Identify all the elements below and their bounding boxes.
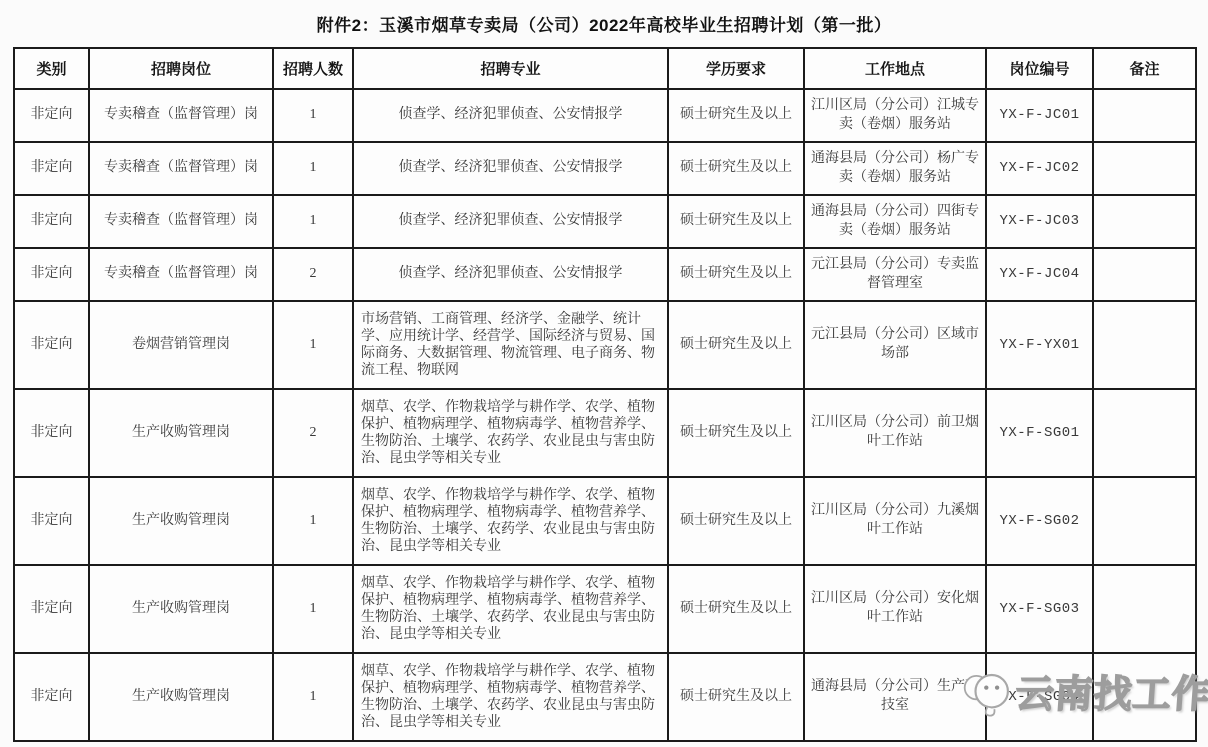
header-location: 工作地点: [804, 48, 986, 89]
table-row: 非定向专卖稽查（监督管理）岗1侦查学、经济犯罪侦查、公安情报学硕士研究生及以上通…: [14, 142, 1196, 195]
cell-majors: 烟草、农学、作物栽培学与耕作学、农学、植物保护、植物病理学、植物病毒学、植物营养…: [353, 389, 668, 477]
header-category: 类别: [14, 48, 89, 89]
cell-remark: [1093, 89, 1196, 142]
recruitment-table: 类别 招聘岗位 招聘人数 招聘专业 学历要求 工作地点 岗位编号 备注 非定向专…: [13, 47, 1197, 742]
recruitment-table-body: 非定向专卖稽查（监督管理）岗1侦查学、经济犯罪侦查、公安情报学硕士研究生及以上江…: [14, 89, 1196, 741]
cell-remark: [1093, 477, 1196, 565]
cell-count: 1: [273, 195, 353, 248]
table-row: 非定向卷烟营销管理岗1市场营销、工商管理、经济学、金融学、统计学、应用统计学、经…: [14, 301, 1196, 389]
cell-location: 通海县局（分公司）生产科技室: [804, 653, 986, 741]
table-row: 非定向专卖稽查（监督管理）岗1侦查学、经济犯罪侦查、公安情报学硕士研究生及以上通…: [14, 195, 1196, 248]
header-count: 招聘人数: [273, 48, 353, 89]
cell-education: 硕士研究生及以上: [668, 142, 804, 195]
header-remark: 备注: [1093, 48, 1196, 89]
cell-count: 1: [273, 142, 353, 195]
cell-location: 通海县局（分公司）杨广专卖（卷烟）服务站: [804, 142, 986, 195]
cell-majors: 烟草、农学、作物栽培学与耕作学、农学、植物保护、植物病理学、植物病毒学、植物营养…: [353, 653, 668, 741]
header-position: 招聘岗位: [89, 48, 273, 89]
cell-majors: 烟草、农学、作物栽培学与耕作学、农学、植物保护、植物病理学、植物病毒学、植物营养…: [353, 565, 668, 653]
cell-position: 专卖稽查（监督管理）岗: [89, 142, 273, 195]
cell-education: 硕士研究生及以上: [668, 195, 804, 248]
cell-code: YX-F-JC01: [986, 89, 1093, 142]
cell-category: 非定向: [14, 89, 89, 142]
cell-location: 通海县局（分公司）四街专卖（卷烟）服务站: [804, 195, 986, 248]
page-title: 附件2：玉溪市烟草专卖局（公司）2022年高校毕业生招聘计划（第一批）: [0, 11, 1208, 36]
cell-code: YX-F-SG03: [986, 565, 1093, 653]
cell-category: 非定向: [14, 653, 89, 741]
cell-count: 1: [273, 89, 353, 142]
cell-majors: 烟草、农学、作物栽培学与耕作学、农学、植物保护、植物病理学、植物病毒学、植物营养…: [353, 477, 668, 565]
cell-category: 非定向: [14, 477, 89, 565]
cell-count: 2: [273, 389, 353, 477]
table-row: 非定向生产收购管理岗1烟草、农学、作物栽培学与耕作学、农学、植物保护、植物病理学…: [14, 653, 1196, 741]
header-code: 岗位编号: [986, 48, 1093, 89]
cell-count: 1: [273, 565, 353, 653]
cell-education: 硕士研究生及以上: [668, 301, 804, 389]
cell-count: 1: [273, 653, 353, 741]
cell-code: YX-F-YX01: [986, 301, 1093, 389]
cell-education: 硕士研究生及以上: [668, 89, 804, 142]
cell-position: 专卖稽查（监督管理）岗: [89, 248, 273, 301]
cell-location: 元江县局（分公司）区域市场部: [804, 301, 986, 389]
cell-count: 1: [273, 301, 353, 389]
cell-count: 1: [273, 477, 353, 565]
cell-category: 非定向: [14, 142, 89, 195]
cell-remark: [1093, 653, 1196, 741]
cell-location: 江川区局（分公司）前卫烟叶工作站: [804, 389, 986, 477]
cell-code: YX-F-SG02: [986, 477, 1093, 565]
table-row: 非定向生产收购管理岗1烟草、农学、作物栽培学与耕作学、农学、植物保护、植物病理学…: [14, 565, 1196, 653]
cell-category: 非定向: [14, 248, 89, 301]
cell-majors: 侦查学、经济犯罪侦查、公安情报学: [353, 195, 668, 248]
cell-category: 非定向: [14, 301, 89, 389]
cell-majors: 侦查学、经济犯罪侦查、公安情报学: [353, 142, 668, 195]
cell-location: 江川区局（分公司）江城专卖（卷烟）服务站: [804, 89, 986, 142]
cell-position: 专卖稽查（监督管理）岗: [89, 195, 273, 248]
cell-category: 非定向: [14, 195, 89, 248]
cell-code: YX-F-SG04: [986, 653, 1093, 741]
cell-education: 硕士研究生及以上: [668, 389, 804, 477]
cell-education: 硕士研究生及以上: [668, 653, 804, 741]
cell-position: 生产收购管理岗: [89, 653, 273, 741]
cell-position: 卷烟营销管理岗: [89, 301, 273, 389]
cell-code: YX-F-JC02: [986, 142, 1093, 195]
cell-location: 江川区局（分公司）九溪烟叶工作站: [804, 477, 986, 565]
cell-remark: [1093, 389, 1196, 477]
cell-count: 2: [273, 248, 353, 301]
cell-position: 生产收购管理岗: [89, 389, 273, 477]
cell-majors: 侦查学、经济犯罪侦查、公安情报学: [353, 248, 668, 301]
cell-category: 非定向: [14, 565, 89, 653]
table-row: 非定向专卖稽查（监督管理）岗2侦查学、经济犯罪侦查、公安情报学硕士研究生及以上元…: [14, 248, 1196, 301]
cell-remark: [1093, 248, 1196, 301]
cell-code: YX-F-SG01: [986, 389, 1093, 477]
cell-position: 生产收购管理岗: [89, 565, 273, 653]
cell-majors: 侦查学、经济犯罪侦查、公安情报学: [353, 89, 668, 142]
table-header-row: 类别 招聘岗位 招聘人数 招聘专业 学历要求 工作地点 岗位编号 备注: [14, 48, 1196, 89]
cell-position: 专卖稽查（监督管理）岗: [89, 89, 273, 142]
cell-remark: [1093, 301, 1196, 389]
cell-remark: [1093, 142, 1196, 195]
cell-remark: [1093, 195, 1196, 248]
cell-code: YX-F-JC04: [986, 248, 1093, 301]
cell-location: 江川区局（分公司）安化烟叶工作站: [804, 565, 986, 653]
cell-category: 非定向: [14, 389, 89, 477]
cell-education: 硕士研究生及以上: [668, 565, 804, 653]
table-row: 非定向生产收购管理岗2烟草、农学、作物栽培学与耕作学、农学、植物保护、植物病理学…: [14, 389, 1196, 477]
cell-location: 元江县局（分公司）专卖监督管理室: [804, 248, 986, 301]
cell-education: 硕士研究生及以上: [668, 248, 804, 301]
cell-education: 硕士研究生及以上: [668, 477, 804, 565]
table-row: 非定向生产收购管理岗1烟草、农学、作物栽培学与耕作学、农学、植物保护、植物病理学…: [14, 477, 1196, 565]
cell-majors: 市场营销、工商管理、经济学、金融学、统计学、应用统计学、经营学、国际经济与贸易、…: [353, 301, 668, 389]
cell-code: YX-F-JC03: [986, 195, 1093, 248]
header-majors: 招聘专业: [353, 48, 668, 89]
recruitment-table-container: 类别 招聘岗位 招聘人数 招聘专业 学历要求 工作地点 岗位编号 备注 非定向专…: [13, 47, 1197, 742]
table-row: 非定向专卖稽查（监督管理）岗1侦查学、经济犯罪侦查、公安情报学硕士研究生及以上江…: [14, 89, 1196, 142]
cell-remark: [1093, 565, 1196, 653]
cell-position: 生产收购管理岗: [89, 477, 273, 565]
header-education: 学历要求: [668, 48, 804, 89]
